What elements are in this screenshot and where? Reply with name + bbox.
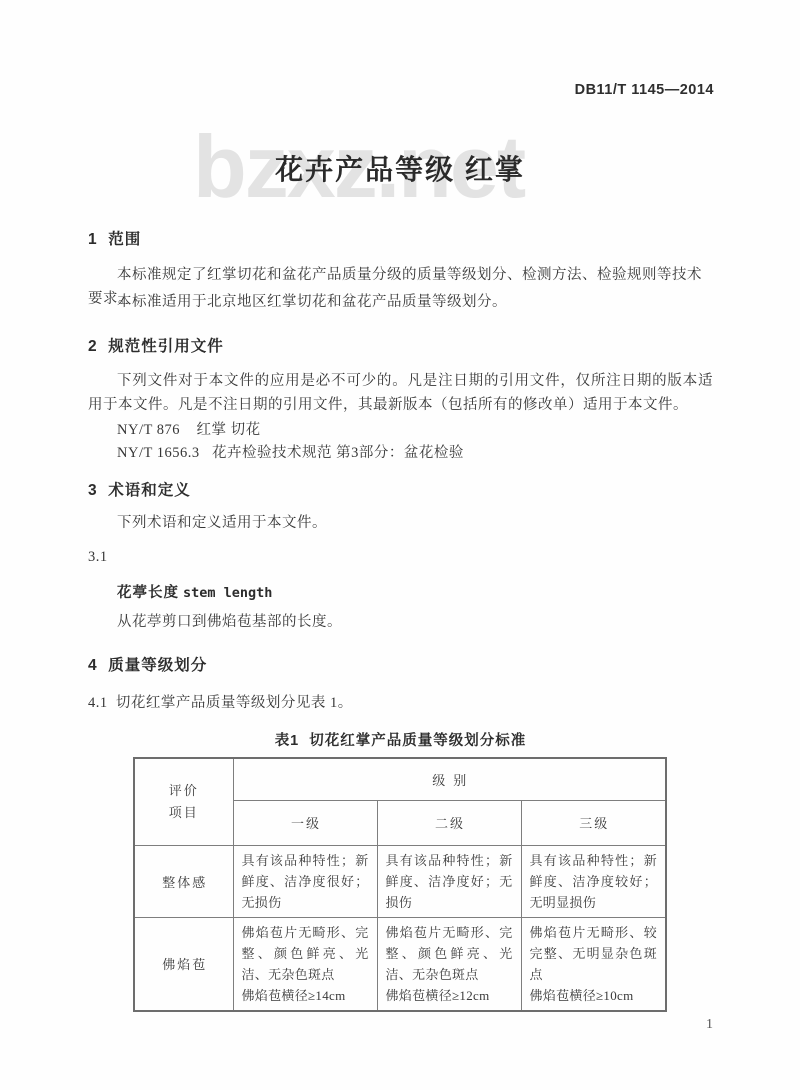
spathe-desc: 佛焰苞片无畸形、完整、颜色鲜亮、光洁、无杂色斑点 bbox=[242, 922, 369, 985]
section-1-heading: 1 范围 bbox=[88, 227, 713, 249]
document-title: 花卉产品等级 红掌 bbox=[0, 148, 800, 188]
table-header-item-line2: 项目 bbox=[143, 802, 225, 824]
section-4-heading: 4 质量等级划分 bbox=[88, 653, 713, 675]
section-1-paragraph-2: 本标准适用于北京地区红掌切花和盆花产品质量等级划分。 bbox=[88, 290, 713, 314]
table-cell: 具有该品种特性；新鲜度、洁净度较好；无明显损伤 bbox=[521, 845, 666, 917]
page-number: 1 bbox=[706, 1017, 713, 1033]
table-cell: 佛焰苞片无畸形、较完整、无明显杂色斑点 佛焰苞横径≥10cm bbox=[521, 917, 666, 1011]
table-header-level-1: 一级 bbox=[233, 800, 377, 845]
section-3-heading: 3 术语和定义 bbox=[88, 478, 713, 500]
table-header-level-2: 二级 bbox=[377, 800, 521, 845]
section-3-paragraph: 下列术语和定义适用于本文件。 bbox=[88, 511, 713, 535]
spathe-size: 佛焰苞横径≥14cm bbox=[242, 985, 369, 1006]
term-entry: 花葶长度 stem length bbox=[88, 581, 713, 602]
document-page: DB11/T 1145—2014 bzxz.net 花卉产品等级 红掌 1 范围… bbox=[0, 0, 800, 1090]
spathe-desc: 佛焰苞片无畸形、完整、颜色鲜亮、光洁、无杂色斑点 bbox=[386, 922, 513, 985]
clause-4-1: 4.1 切花红掌产品质量等级划分见表 1。 bbox=[88, 691, 713, 715]
spathe-desc: 佛焰苞片无畸形、较完整、无明显杂色斑点 bbox=[530, 922, 658, 985]
standard-code: DB11/T 1145—2014 bbox=[575, 82, 714, 98]
table-header-item: 评价 项目 bbox=[134, 758, 233, 845]
table-cell: 具有该品种特性；新鲜度、洁净度很好；无损伤 bbox=[233, 845, 377, 917]
table-cell: 具有该品种特性；新鲜度、洁净度好；无损伤 bbox=[377, 845, 521, 917]
spathe-size: 佛焰苞横径≥10cm bbox=[530, 985, 658, 1006]
table-cell: 佛焰苞片无畸形、完整、颜色鲜亮、光洁、无杂色斑点 佛焰苞横径≥14cm bbox=[233, 917, 377, 1011]
spathe-size: 佛焰苞横径≥12cm bbox=[386, 985, 513, 1006]
normative-reference-1: NY/T 876 红掌 切花 bbox=[88, 418, 713, 442]
table-row-overall-impression: 整体感 具有该品种特性；新鲜度、洁净度很好；无损伤 具有该品种特性；新鲜度、洁净… bbox=[134, 845, 666, 917]
section-2-heading: 2 规范性引用文件 bbox=[88, 334, 713, 356]
row-label: 佛焰苞 bbox=[134, 917, 233, 1011]
normative-reference-2: NY/T 1656.3 花卉检验技术规范 第3部分：盆花检验 bbox=[88, 441, 713, 465]
section-2-paragraph: 下列文件对于本文件的应用是必不可少的。凡是注日期的引用文件，仅所注日期的版本适用… bbox=[88, 369, 713, 417]
term-chinese: 花葶长度 bbox=[117, 585, 179, 601]
grade-table: 评价 项目 级别 一级 二级 三级 整体感 具有该品种特性；新鲜度、洁净度很好；… bbox=[133, 757, 667, 1012]
table-header-level-3: 三级 bbox=[521, 800, 666, 845]
table-1-caption: 表1 切花红掌产品质量等级划分标准 bbox=[88, 729, 713, 750]
table-row-spathe: 佛焰苞 佛焰苞片无畸形、完整、颜色鲜亮、光洁、无杂色斑点 佛焰苞横径≥14cm … bbox=[134, 917, 666, 1011]
table-header-row-1: 评价 项目 级别 bbox=[134, 758, 666, 800]
table-header-group: 级别 bbox=[233, 758, 666, 800]
term-english: stem length bbox=[183, 585, 272, 601]
term-definition: 从花葶剪口到佛焰苞基部的长度。 bbox=[88, 610, 713, 634]
clause-3-1-number: 3.1 bbox=[88, 545, 713, 569]
row-label: 整体感 bbox=[134, 845, 233, 917]
table-header-item-line1: 评价 bbox=[143, 780, 225, 802]
table-cell: 佛焰苞片无畸形、完整、颜色鲜亮、光洁、无杂色斑点 佛焰苞横径≥12cm bbox=[377, 917, 521, 1011]
